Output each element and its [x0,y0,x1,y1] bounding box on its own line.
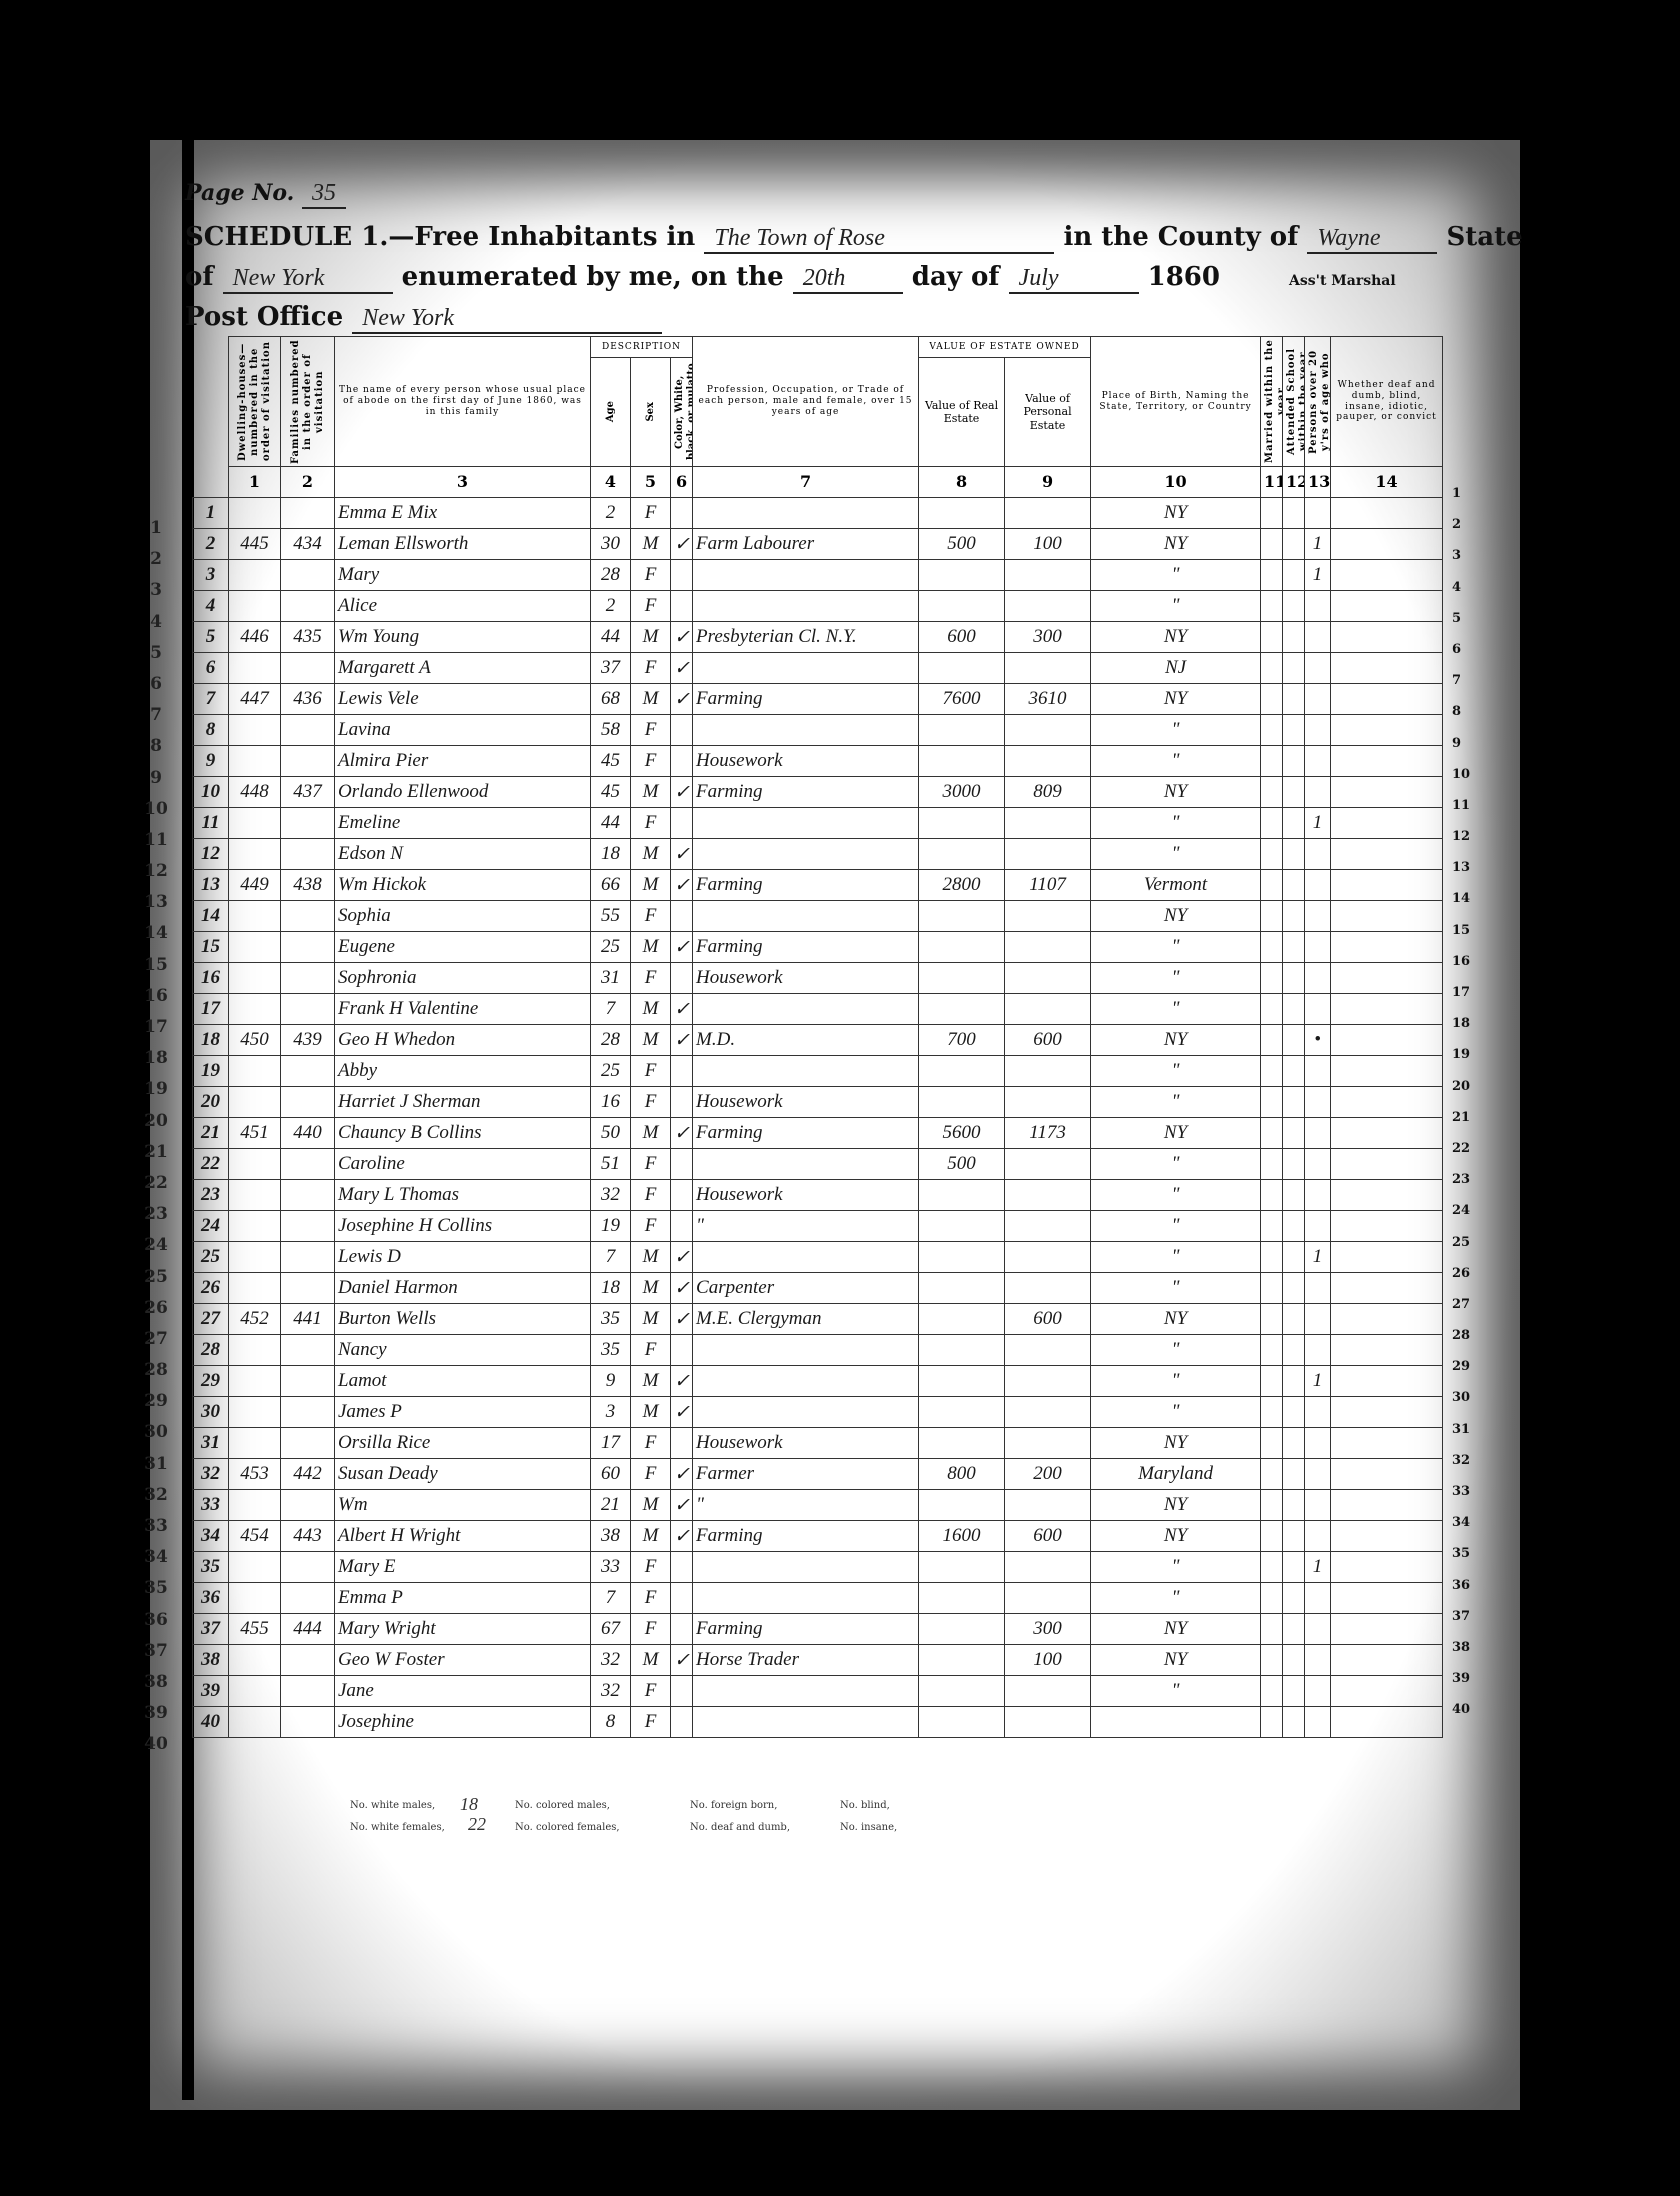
birthplace: " [1091,1149,1261,1180]
school-mark [1283,591,1305,622]
left-margin-number: 35 [140,1578,172,1609]
married-mark [1261,839,1283,870]
disability [1331,684,1443,715]
age: 18 [591,1273,631,1304]
column-number-row: 1234567891011121314 [193,467,1443,498]
deaf-dumb-label: No. deaf and dumb, [690,1822,790,1833]
blind-label: No. blind, [840,1800,890,1811]
line-number: 22 [193,1149,229,1180]
col-family-header: Families numbered in the order of visita… [290,337,326,466]
school-mark [1283,622,1305,653]
real-estate-value [919,1273,1005,1304]
line-number: 39 [193,1676,229,1707]
dwelling-number [229,1676,281,1707]
line-number: 12 [193,839,229,870]
right-margin-number: 38 [1452,1640,1482,1671]
school-mark [1283,1459,1305,1490]
occupation: Farming [693,1521,919,1552]
person-name: Mary Wright [335,1614,591,1645]
white-females-count: 22 [468,1814,486,1835]
dwelling-number [229,560,281,591]
school-mark [1283,715,1305,746]
family-number: 444 [281,1614,335,1645]
married-mark [1261,777,1283,808]
post-office-label: Post Office [185,302,343,332]
occupation: " [693,1490,919,1521]
personal-estate-value [1005,653,1091,684]
illiterate-mark: 1 [1305,529,1331,560]
right-margin-number: 3 [1452,548,1482,579]
school-mark [1283,1335,1305,1366]
person-name: Margarett A [335,653,591,684]
illiterate-mark [1305,1583,1331,1614]
disability [1331,1490,1443,1521]
occupation: Horse Trader [693,1645,919,1676]
school-mark [1283,994,1305,1025]
column-number: 3 [335,467,591,498]
age: 28 [591,560,631,591]
line-number: 29 [193,1366,229,1397]
column-number: 11 [1261,467,1283,498]
column-number: 8 [919,467,1005,498]
age: 31 [591,963,631,994]
disability [1331,1335,1443,1366]
age: 16 [591,1087,631,1118]
dwelling-number: 452 [229,1304,281,1335]
person-name: Lewis D [335,1242,591,1273]
birthplace: " [1091,808,1261,839]
left-margin-number: 15 [140,955,172,986]
line-number: 27 [193,1304,229,1335]
insane-label: No. insane, [840,1822,897,1833]
occupation [693,591,919,622]
census-rows: 1Emma E Mix2FNY2445434Leman Ellsworth30M… [193,498,1443,1738]
illiterate-mark: 1 [1305,560,1331,591]
birthplace: " [1091,839,1261,870]
disability [1331,1552,1443,1583]
col-occupation-header: Profession, Occupation, or Trade of each… [693,337,919,467]
family-number [281,1676,335,1707]
sex: M [631,1366,671,1397]
age: 18 [591,839,631,870]
white-females-label: No. white females, [350,1822,445,1833]
color-mark [671,746,693,777]
disability [1331,1087,1443,1118]
left-margin-number: 7 [140,705,172,736]
school-mark [1283,1614,1305,1645]
occupation: Housework [693,1428,919,1459]
illiterate-mark [1305,1428,1331,1459]
occupation [693,560,919,591]
illiterate-mark [1305,1149,1331,1180]
birthplace: " [1091,1242,1261,1273]
age: 2 [591,498,631,529]
person-name: Albert H Wright [335,1521,591,1552]
sex: M [631,1521,671,1552]
birthplace: Maryland [1091,1459,1261,1490]
table-row: 39Jane32F" [193,1676,1443,1707]
right-margin-number: 39 [1452,1671,1482,1702]
personal-estate-value [1005,1583,1091,1614]
person-name: Mary L Thomas [335,1180,591,1211]
birthplace: " [1091,1366,1261,1397]
table-row: 40Josephine8F [193,1707,1443,1738]
table-row: 37455444Mary Wright67FFarming300NY [193,1614,1443,1645]
table-row: 24Josephine H Collins19F"" [193,1211,1443,1242]
age: 67 [591,1614,631,1645]
illiterate-mark [1305,1087,1331,1118]
married-mark [1261,1118,1283,1149]
married-mark [1261,1366,1283,1397]
age: 32 [591,1180,631,1211]
line-number: 34 [193,1521,229,1552]
person-name: Edson N [335,839,591,870]
disability [1331,529,1443,560]
col-name-header: The name of every person whose usual pla… [335,337,591,467]
personal-estate-value [1005,1366,1091,1397]
disability [1331,1521,1443,1552]
dwelling-number [229,1211,281,1242]
right-margin-number: 13 [1452,860,1482,891]
right-margin-number: 28 [1452,1328,1482,1359]
disability [1331,1583,1443,1614]
disability [1331,1149,1443,1180]
family-number: 442 [281,1459,335,1490]
sex: M [631,1242,671,1273]
table-row: 8Lavina58F" [193,715,1443,746]
line-number: 5 [193,622,229,653]
line-number: 40 [193,1707,229,1738]
line-number: 19 [193,1056,229,1087]
left-margin-number: 17 [140,1017,172,1048]
married-mark [1261,1521,1283,1552]
age: 7 [591,1242,631,1273]
real-estate-value: 700 [919,1025,1005,1056]
right-margin-number: 14 [1452,891,1482,922]
line-number: 38 [193,1645,229,1676]
occupation: Farming [693,932,919,963]
occupation: Housework [693,1180,919,1211]
line-number: 23 [193,1180,229,1211]
age: 45 [591,746,631,777]
age: 50 [591,1118,631,1149]
table-row: 27452441Burton Wells35M✓M.E. Clergyman60… [193,1304,1443,1335]
color-mark: ✓ [671,622,693,653]
family-number [281,1397,335,1428]
married-mark [1261,1180,1283,1211]
line-number: 6 [193,653,229,684]
illiterate-mark [1305,932,1331,963]
birthplace: NY [1091,901,1261,932]
occupation: Farm Labourer [693,529,919,560]
dwelling-number [229,1645,281,1676]
married-mark [1261,870,1283,901]
personal-estate-value [1005,746,1091,777]
color-mark [671,1614,693,1645]
dwelling-number [229,1087,281,1118]
illiterate-mark [1305,901,1331,932]
age: 33 [591,1552,631,1583]
personal-estate-value [1005,1707,1091,1738]
birthplace: NY [1091,529,1261,560]
dwelling-number [229,1180,281,1211]
right-margin-number: 23 [1452,1172,1482,1203]
left-margin-number: 12 [140,861,172,892]
sex: M [631,932,671,963]
color-mark [671,1552,693,1583]
family-number [281,560,335,591]
dwelling-number [229,653,281,684]
column-number: 14 [1331,467,1443,498]
dwelling-number [229,498,281,529]
personal-estate-value [1005,1211,1091,1242]
color-mark [671,498,693,529]
family-number: 436 [281,684,335,715]
school-mark [1283,1273,1305,1304]
disability [1331,901,1443,932]
age: 44 [591,808,631,839]
real-estate-value [919,1583,1005,1614]
married-mark [1261,653,1283,684]
age: 8 [591,1707,631,1738]
disability [1331,1676,1443,1707]
right-margin-number: 36 [1452,1578,1482,1609]
value-group-header: VALUE OF ESTATE OWNED [919,337,1091,358]
right-margin-number: 26 [1452,1266,1482,1297]
left-margin-number: 6 [140,674,172,705]
illiterate-mark: 1 [1305,808,1331,839]
illiterate-mark [1305,1521,1331,1552]
occupation [693,1242,919,1273]
right-margin-number: 10 [1452,767,1482,798]
school-mark [1283,963,1305,994]
school-mark [1283,1366,1305,1397]
personal-estate-value [1005,715,1091,746]
dwelling-number [229,1149,281,1180]
personal-estate-value [1005,1490,1091,1521]
left-margin-number: 21 [140,1142,172,1173]
school-mark [1283,653,1305,684]
personal-estate-value [1005,1273,1091,1304]
person-name: Daniel Harmon [335,1273,591,1304]
birthplace: NY [1091,1645,1261,1676]
table-row: 28Nancy35F" [193,1335,1443,1366]
left-margin-number: 16 [140,986,172,1017]
color-mark [671,1211,693,1242]
col-personal-estate-header: Value of Personal Estate [1005,358,1091,467]
family-number [281,963,335,994]
margin-line-numbers-right: 1234567891011121314151617181920212223242… [1452,486,1482,1734]
table-row: 34454443Albert H Wright38M✓Farming160060… [193,1521,1443,1552]
column-number: 5 [631,467,671,498]
real-estate-value [919,1366,1005,1397]
family-number [281,1490,335,1521]
school-mark [1283,1180,1305,1211]
occupation [693,1056,919,1087]
left-margin-number: 29 [140,1391,172,1422]
personal-estate-value: 600 [1005,1521,1091,1552]
sex: F [631,591,671,622]
color-mark [671,1707,693,1738]
dwelling-number [229,963,281,994]
col-age-header: Age [605,401,617,422]
real-estate-value [919,591,1005,622]
personal-estate-value [1005,839,1091,870]
sex: M [631,1490,671,1521]
family-number: 439 [281,1025,335,1056]
disability [1331,963,1443,994]
left-margin-number: 37 [140,1641,172,1672]
table-row: 38Geo W Foster32M✓Horse Trader100NY [193,1645,1443,1676]
school-mark [1283,839,1305,870]
right-margin-number: 18 [1452,1016,1482,1047]
real-estate-value [919,1304,1005,1335]
dwelling-number: 445 [229,529,281,560]
schedule-title: SCHEDULE 1.—Free Inhabitants in [185,222,695,252]
birthplace: " [1091,560,1261,591]
disability [1331,839,1443,870]
birthplace: " [1091,746,1261,777]
color-mark [671,808,693,839]
birthplace: " [1091,591,1261,622]
colored-males-label: No. colored males, [515,1800,610,1811]
real-estate-value [919,1242,1005,1273]
disability [1331,1366,1443,1397]
person-name: Josephine [335,1707,591,1738]
family-number [281,1335,335,1366]
color-mark [671,715,693,746]
disability [1331,1273,1443,1304]
dwelling-number: 447 [229,684,281,715]
illiterate-mark [1305,498,1331,529]
dwelling-number [229,1428,281,1459]
birthplace: NY [1091,498,1261,529]
birthplace: " [1091,1676,1261,1707]
occupation: Farming [693,870,919,901]
sex: F [631,808,671,839]
birthplace: " [1091,1552,1261,1583]
school-mark [1283,1087,1305,1118]
birthplace [1091,1707,1261,1738]
age: 19 [591,1211,631,1242]
married-mark [1261,1459,1283,1490]
right-margin-number: 22 [1452,1141,1482,1172]
line-number: 33 [193,1490,229,1521]
occupation [693,1583,919,1614]
real-estate-value: 1600 [919,1521,1005,1552]
family-number [281,591,335,622]
line-number: 1 [193,498,229,529]
dwelling-number: 446 [229,622,281,653]
table-row: 5446435Wm Young44M✓Presbyterian Cl. N.Y.… [193,622,1443,653]
family-number [281,1583,335,1614]
personal-estate-value [1005,1180,1091,1211]
person-name: Susan Deady [335,1459,591,1490]
right-margin-number: 27 [1452,1297,1482,1328]
family-number: 438 [281,870,335,901]
real-estate-value [919,1490,1005,1521]
illiterate-mark [1305,994,1331,1025]
sex: F [631,1583,671,1614]
color-mark [671,901,693,932]
real-estate-value [919,1087,1005,1118]
school-mark [1283,1025,1305,1056]
sex: F [631,560,671,591]
occupation: Farming [693,777,919,808]
real-estate-value [919,1676,1005,1707]
married-mark [1261,591,1283,622]
sex: M [631,684,671,715]
person-name: Geo H Whedon [335,1025,591,1056]
disability [1331,498,1443,529]
married-mark [1261,622,1283,653]
sex: M [631,839,671,870]
real-estate-value [919,715,1005,746]
right-margin-number: 4 [1452,580,1482,611]
right-margin-number: 30 [1452,1390,1482,1421]
table-row: 23Mary L Thomas32FHousework" [193,1180,1443,1211]
personal-estate-value: 1107 [1005,870,1091,901]
real-estate-value: 500 [919,1149,1005,1180]
color-mark: ✓ [671,1366,693,1397]
real-estate-value [919,1552,1005,1583]
age: 68 [591,684,631,715]
disability [1331,932,1443,963]
real-estate-value [919,932,1005,963]
color-mark [671,560,693,591]
person-name: Emeline [335,808,591,839]
person-name: Josephine H Collins [335,1211,591,1242]
right-margin-number: 15 [1452,923,1482,954]
real-estate-value [919,901,1005,932]
school-mark [1283,932,1305,963]
married-mark [1261,808,1283,839]
real-estate-value [919,1180,1005,1211]
family-number: 435 [281,622,335,653]
personal-estate-value: 600 [1005,1304,1091,1335]
sex: F [631,653,671,684]
birthplace: NJ [1091,653,1261,684]
page-number-line: Page No. 35 [185,180,346,209]
family-number [281,1056,335,1087]
school-mark [1283,1676,1305,1707]
personal-estate-value: 1173 [1005,1118,1091,1149]
family-number [281,1707,335,1738]
age: 7 [591,994,631,1025]
married-mark [1261,1304,1283,1335]
age: 66 [591,870,631,901]
line-number: 11 [193,808,229,839]
birthplace: NY [1091,1118,1261,1149]
color-mark: ✓ [671,1645,693,1676]
post-office-name: New York [352,305,662,334]
real-estate-value [919,1335,1005,1366]
table-row: 30James P3M✓" [193,1397,1443,1428]
right-margin-number: 8 [1452,704,1482,735]
occupation [693,498,919,529]
family-number [281,994,335,1025]
dwelling-number [229,1242,281,1273]
school-mark [1283,1645,1305,1676]
occupation: Farmer [693,1459,919,1490]
age: 32 [591,1645,631,1676]
illiterate-mark [1305,746,1331,777]
dwelling-number [229,1397,281,1428]
color-mark: ✓ [671,1521,693,1552]
left-margin-number: 1 [140,518,172,549]
personal-estate-value: 200 [1005,1459,1091,1490]
sex: F [631,715,671,746]
